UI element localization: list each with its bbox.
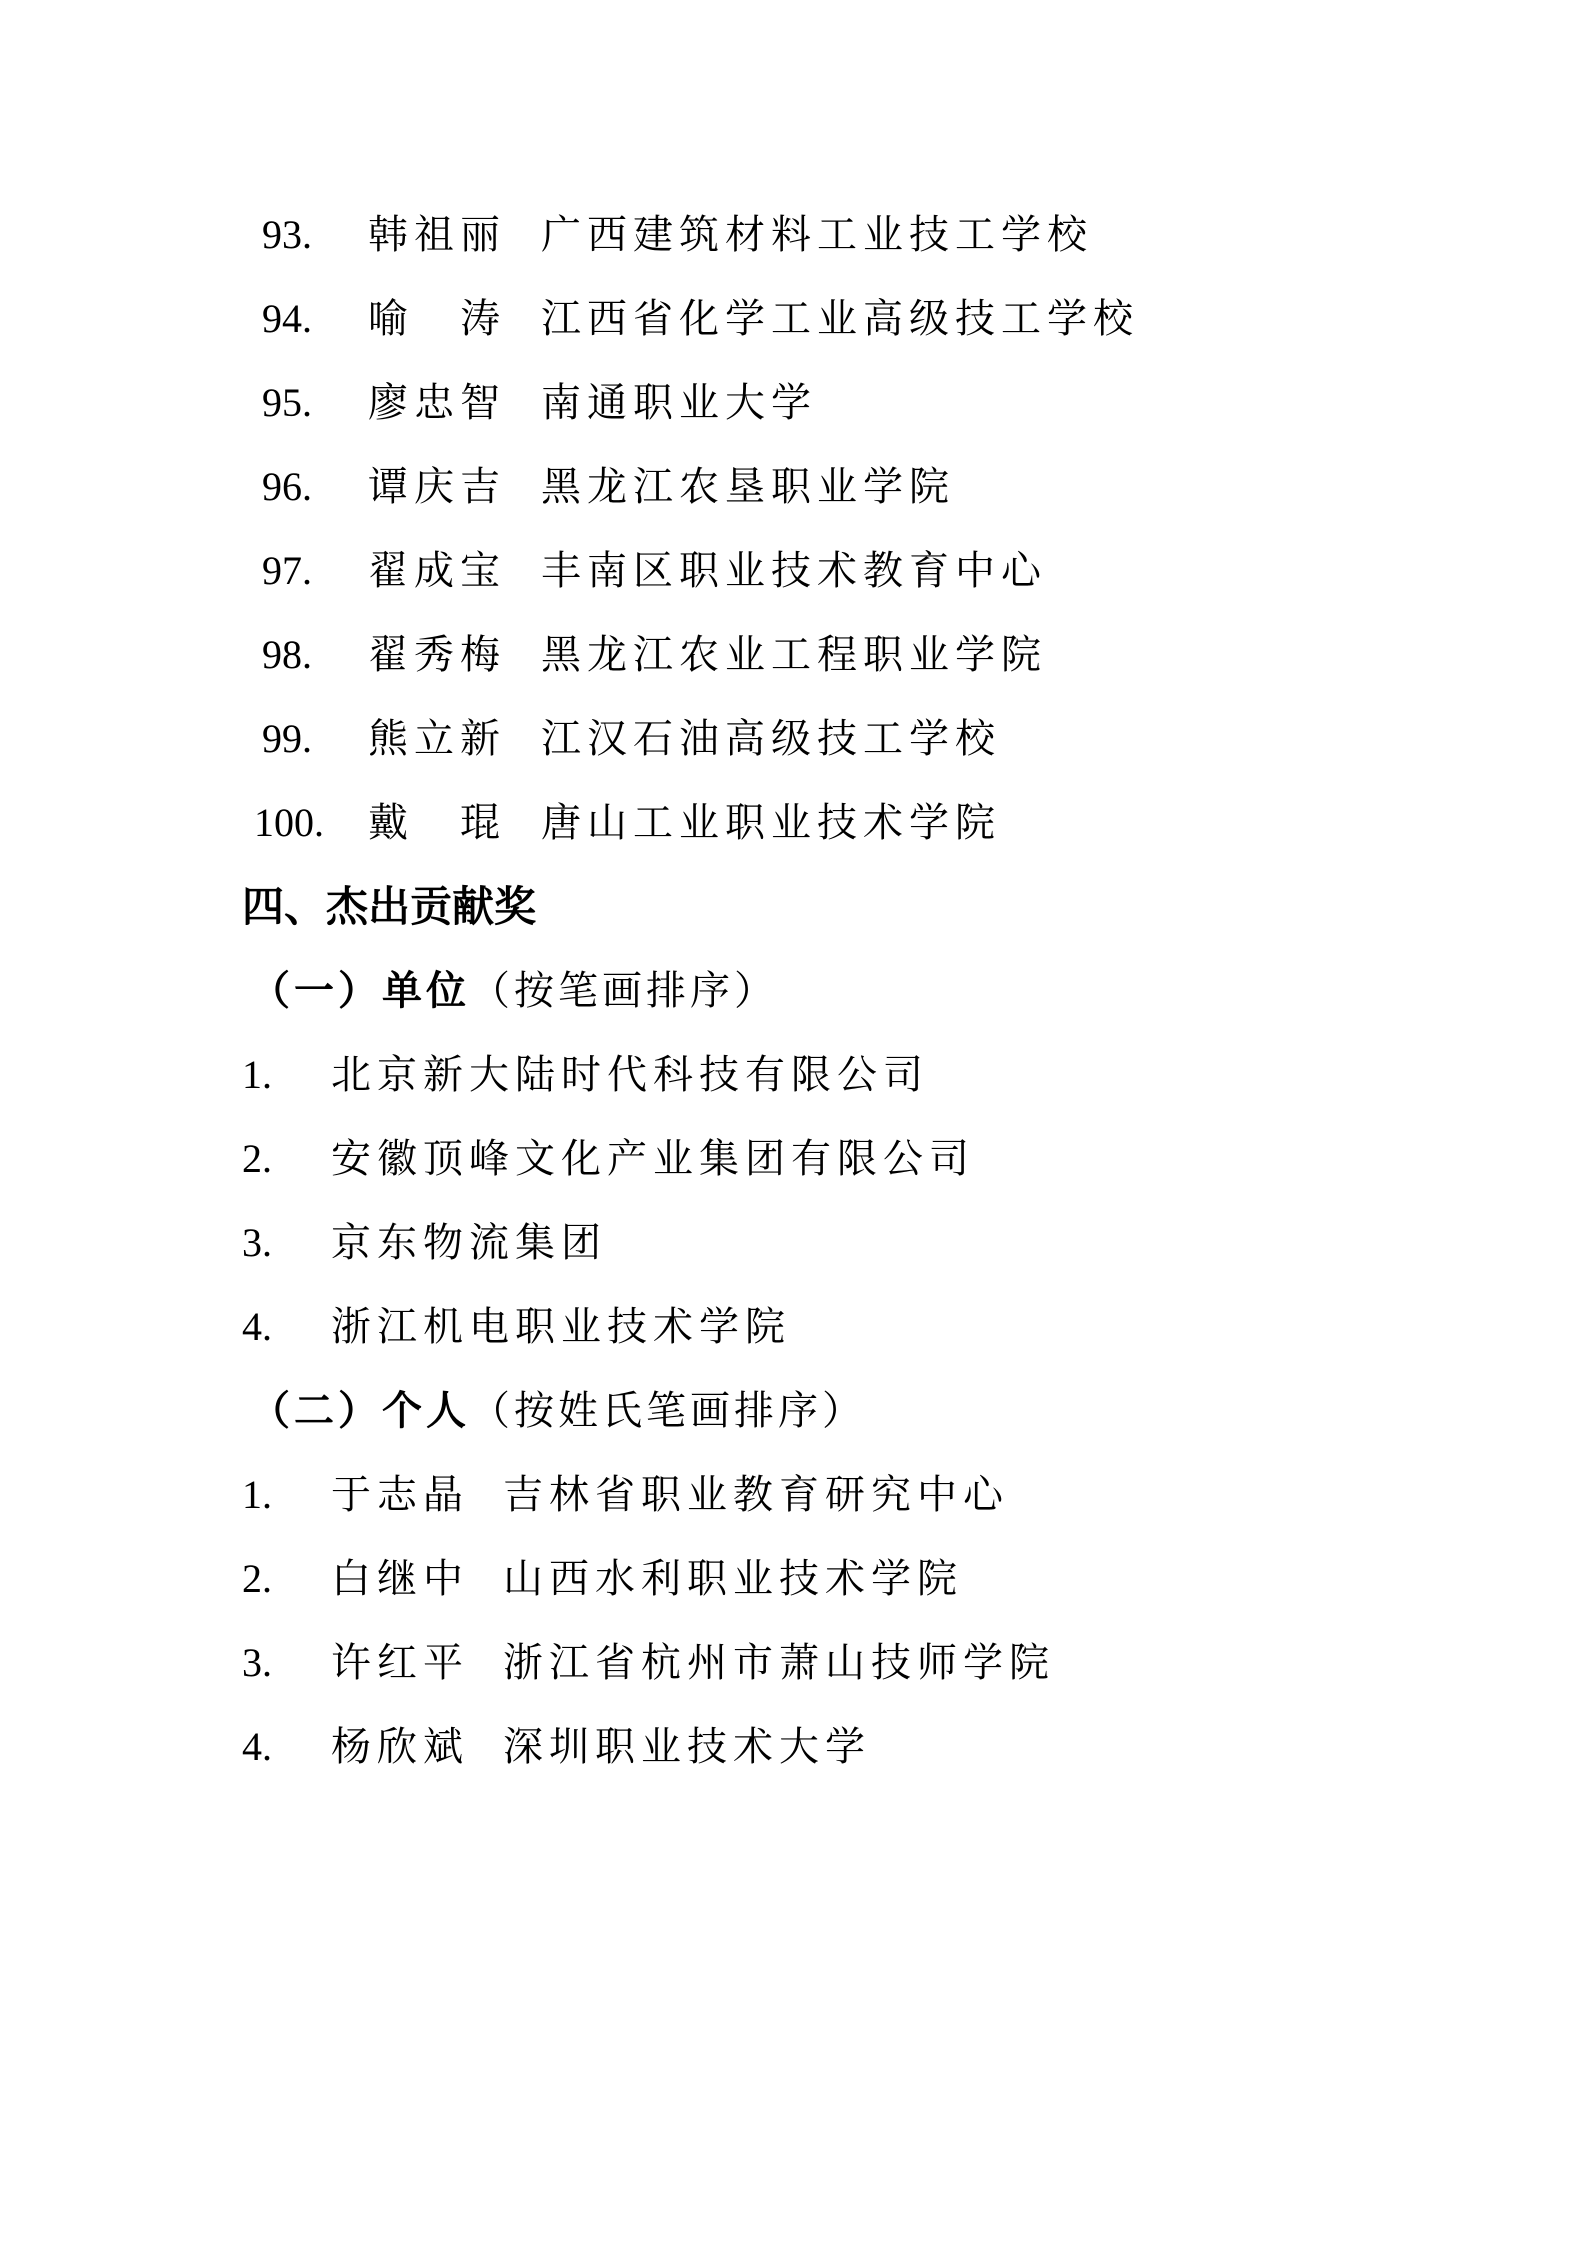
person-name: 戴 琨: [368, 793, 506, 853]
item-number: 94.: [262, 289, 312, 349]
section-heading: 四、杰出贡献奖: [242, 877, 536, 937]
item-number: 95.: [262, 373, 312, 433]
organization: 山西水利职业技术学院: [503, 1549, 963, 1609]
person-name: 熊立新: [368, 709, 506, 769]
subsection-heading-units: （一）单位（按笔画排序）: [250, 961, 778, 1021]
item-number: 2.: [242, 1549, 272, 1609]
item-number: 96.: [262, 457, 312, 517]
item-number: 3.: [242, 1213, 272, 1273]
item-number: 100.: [254, 793, 324, 853]
item-number: 93.: [262, 205, 312, 265]
person-name: 杨欣斌: [331, 1717, 469, 1777]
item-number: 99.: [262, 709, 312, 769]
organization: 丰南区职业技术教育中心: [541, 541, 1047, 601]
organization: 南通职业大学: [541, 373, 817, 433]
item-number: 1.: [242, 1045, 272, 1105]
organization: 广西建筑材料工业技工学校: [541, 205, 1093, 265]
item-number: 97.: [262, 541, 312, 601]
subsection-heading-individuals: （二）个人（按姓氏笔画排序）: [250, 1381, 866, 1441]
subsection-label: （二）个人: [250, 1388, 470, 1434]
organization: 浙江机电职业技术学院: [331, 1297, 791, 1357]
item-number: 4.: [242, 1717, 272, 1777]
subsection-note: （按姓氏笔画排序）: [470, 1388, 866, 1434]
organization: 唐山工业职业技术学院: [541, 793, 1001, 853]
person-name: 韩祖丽: [368, 205, 506, 265]
item-number: 3.: [242, 1633, 272, 1693]
organization: 吉林省职业教育研究中心: [503, 1465, 1009, 1525]
organization: 安徽顶峰文化产业集团有限公司: [331, 1129, 975, 1189]
organization: 深圳职业技术大学: [503, 1717, 871, 1777]
organization: 江西省化学工业高级技工学校: [541, 289, 1139, 349]
person-name: 谭庆吉: [368, 457, 506, 517]
person-name: 喻 涛: [368, 289, 506, 349]
subsection-note: （按笔画排序）: [470, 968, 778, 1014]
organization: 黑龙江农垦职业学院: [541, 457, 955, 517]
item-number: 4.: [242, 1297, 272, 1357]
organization: 黑龙江农业工程职业学院: [541, 625, 1047, 685]
organization: 京东物流集团: [331, 1213, 607, 1273]
person-name: 于志晶: [331, 1465, 469, 1525]
person-name: 白继中: [331, 1549, 469, 1609]
person-name: 翟成宝: [368, 541, 506, 601]
person-name: 许红平: [331, 1633, 469, 1693]
document-page: 93. 韩祖丽 广西建筑材料工业技工学校 94. 喻 涛 江西省化学工业高级技工…: [0, 0, 1587, 2245]
organization: 浙江省杭州市萧山技师学院: [503, 1633, 1055, 1693]
organization: 北京新大陆时代科技有限公司: [331, 1045, 929, 1105]
person-name: 廖忠智: [368, 373, 506, 433]
item-number: 98.: [262, 625, 312, 685]
person-name: 翟秀梅: [368, 625, 506, 685]
organization: 江汉石油高级技工学校: [541, 709, 1001, 769]
item-number: 1.: [242, 1465, 272, 1525]
subsection-label: （一）单位: [250, 968, 470, 1014]
item-number: 2.: [242, 1129, 272, 1189]
